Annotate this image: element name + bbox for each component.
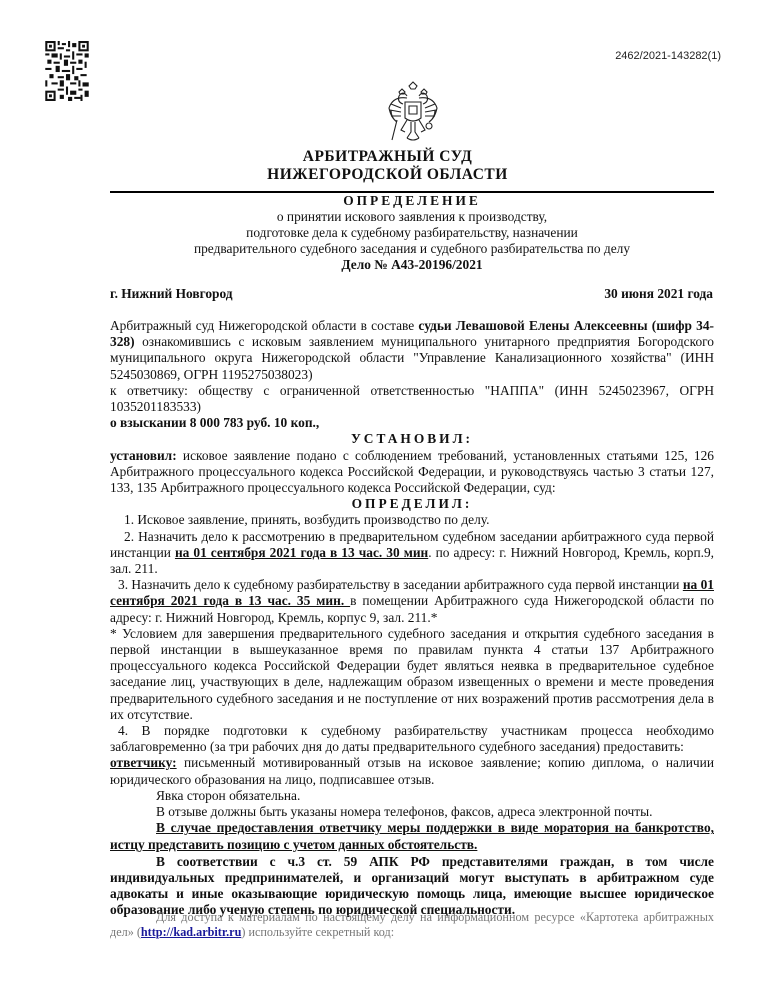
- ruling-item-3-text: 3. Назначить дело к судебному разбирател…: [118, 577, 683, 592]
- qr-code-icon: [45, 41, 89, 101]
- ruled-heading: ОПРЕДЕЛИЛ:: [110, 496, 714, 512]
- intro-paragraph: Арбитражный суд Нижегородской области в …: [110, 318, 714, 383]
- preliminary-hearing-date: на 01 сентября 2021 года в 13 час. 30 ми…: [175, 545, 428, 560]
- established-text: исковое заявление подано с соблюдением т…: [110, 448, 714, 495]
- respondent-requirements: ответчику: письменный мотивированный отз…: [110, 755, 714, 787]
- document-subtitle-line1: о принятии искового заявления к производ…: [110, 209, 714, 225]
- document-subtitle-line2: подготовке дела к судебному разбирательс…: [110, 225, 714, 241]
- respondent-paragraph: к ответчику: обществу с ограниченной отв…: [110, 383, 714, 415]
- established-paragraph: установил: исковое заявление подано с со…: [110, 448, 714, 497]
- ruling-item-3: 3. Назначить дело к судебному разбирател…: [110, 577, 714, 626]
- contacts-note: В отзыве должны быть указаны номера теле…: [110, 804, 714, 820]
- representatives-note: В соответствии с ч.3 ст. 59 АПК РФ предс…: [110, 854, 714, 919]
- city: г. Нижний Новгород: [110, 286, 233, 302]
- document-number: 2462/2021-143282(1): [615, 50, 721, 62]
- footer-access-note: Для доступа к материалам по настоящему д…: [110, 910, 714, 940]
- document-subtitle-line3: предварительного судебного заседания и с…: [110, 241, 714, 257]
- footer-text-end: ) используйте секретный код:: [241, 925, 394, 939]
- court-name-line2: НИЖЕГОРОДСКОЙ ОБЛАСТИ: [0, 166, 775, 184]
- ruling-item-4: 4. В порядке подготовки к судебному разб…: [110, 723, 714, 755]
- respondent-requirements-text: письменный мотивированный отзыв на исков…: [110, 755, 714, 786]
- intro-text: Арбитражный суд Нижегородской области в …: [110, 318, 418, 333]
- claim-amount: о взыскании 8 000 783 руб. 10 коп.,: [110, 415, 714, 431]
- plaintiff-text: ознакомившись с исковым заявлением муниц…: [110, 334, 714, 381]
- coat-of-arms-icon: [385, 80, 441, 148]
- kad-link[interactable]: http://kad.arbitr.ru: [141, 925, 241, 939]
- document-title: ОПРЕДЕЛЕНИЕ: [110, 193, 714, 209]
- court-name-line1: АРБИТРАЖНЫЙ СУД: [0, 148, 775, 166]
- ruling-item-1: 1. Исковое заявление, принять, возбудить…: [110, 512, 714, 528]
- established-lead: установил:: [110, 448, 177, 463]
- established-heading: УСТАНОВИЛ:: [110, 431, 714, 447]
- case-number: Дело № А43-20196/2021: [110, 257, 714, 273]
- respondent-label: ответчику:: [110, 755, 177, 770]
- document-body: Арбитражный суд Нижегородской области в …: [110, 318, 714, 919]
- moratorium-note: В случае предоставления ответчику меры п…: [110, 820, 714, 852]
- document-date: 30 июня 2021 года: [604, 286, 713, 302]
- attendance-note: Явка сторон обязательна.: [110, 788, 714, 804]
- ruling-item-2: 2. Назначить дело к рассмотрению в предв…: [110, 529, 714, 578]
- footnote: * Условием для завершения предварительно…: [110, 626, 714, 723]
